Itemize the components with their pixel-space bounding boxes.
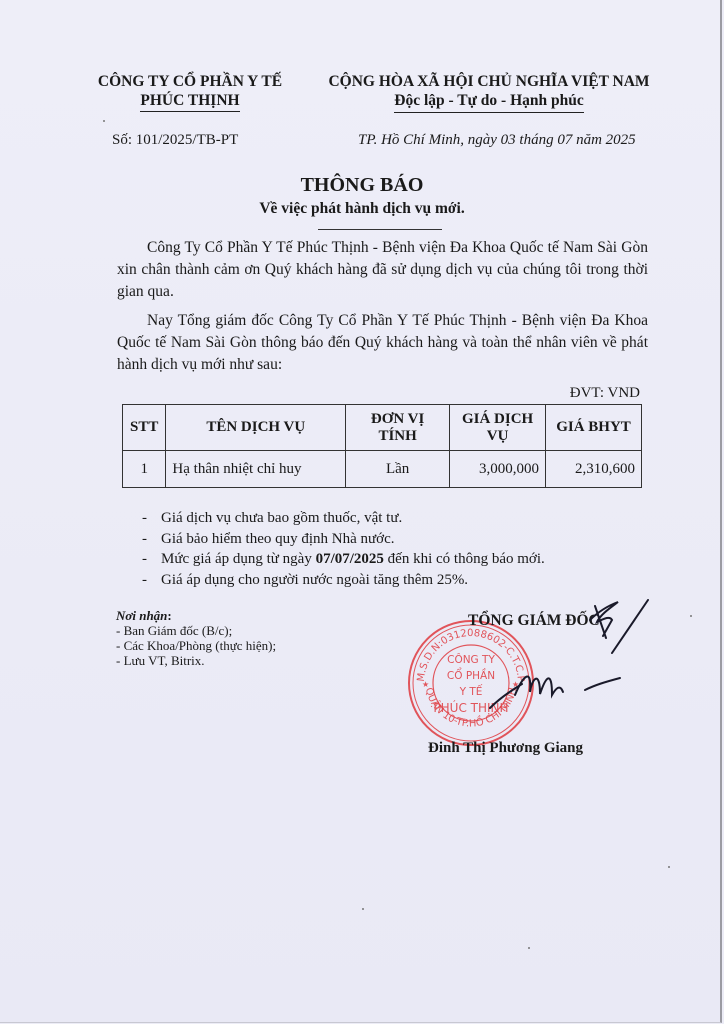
paragraph-1-text: Công Ty Cổ Phần Y Tế Phúc Thịnh - Bệnh v… xyxy=(117,239,648,300)
signer-name: Đinh Thị Phương Giang xyxy=(428,740,583,757)
national-header: CỘNG HÒA XÃ HỘI CHỦ NGHĨA VIỆT NAM Độc l… xyxy=(328,72,650,113)
cell-bhyt-price: 2,310,600 xyxy=(546,451,642,488)
recipient-item: - Các Khoa/Phòng (thực hiện); xyxy=(116,638,276,653)
scan-speck xyxy=(103,120,105,122)
paragraph-1: Công Ty Cổ Phần Y Tế Phúc Thịnh - Bệnh v… xyxy=(117,237,648,303)
note-text: đến khi có thông báo mới. xyxy=(384,551,545,567)
paragraph-2-text: Nay Tổng giám đốc Công Ty Cổ Phần Y Tế P… xyxy=(117,312,648,373)
recipient-item: - Ban Giám đốc (B/c); xyxy=(116,623,276,638)
recipient-item: - Lưu VT, Bitrix. xyxy=(116,653,276,668)
scan-speck xyxy=(528,947,530,949)
document-number: Số: 101/2025/TB-PT xyxy=(112,132,238,149)
svg-text:★: ★ xyxy=(422,680,429,689)
col-header-unit: ĐƠN VỊ TÍNH xyxy=(346,405,450,451)
place-date: TP. Hồ Chí Minh, ngày 03 tháng 07 năm 20… xyxy=(358,132,636,149)
paragraph-2: Nay Tổng giám đốc Công Ty Cổ Phần Y Tế P… xyxy=(117,310,648,376)
effective-date: 07/07/2025 xyxy=(316,551,384,567)
document-page: CÔNG TY CỔ PHẦN Y TẾ PHÚC THỊNH CỘNG HÒA… xyxy=(0,0,722,1023)
title-divider xyxy=(318,229,442,230)
note-item: -Giá bảo hiểm theo quy định Nhà nước. xyxy=(148,529,545,550)
col-header-bhyt-price: GIÁ BHYT xyxy=(546,405,642,451)
document-title: THÔNG BÁO xyxy=(0,174,724,197)
company-header: CÔNG TY CỔ PHẦN Y TẾ PHÚC THỊNH xyxy=(78,72,302,112)
signature-icon xyxy=(460,580,660,720)
cell-stt: 1 xyxy=(123,451,166,488)
col-header-service-price: GIÁ DỊCH VỤ xyxy=(450,405,546,451)
currency-unit-note: ĐVT: VND xyxy=(560,385,640,402)
scan-speck xyxy=(690,615,692,617)
company-name-line2: PHÚC THỊNH xyxy=(140,91,239,112)
recipients-block: Nơi nhận: - Ban Giám đốc (B/c); - Các Kh… xyxy=(116,608,276,668)
col-header-service-name: TÊN DỊCH VỤ xyxy=(166,405,346,451)
scan-speck xyxy=(362,908,364,910)
service-price-table: STT TÊN DỊCH VỤ ĐƠN VỊ TÍNH GIÁ DỊCH VỤ … xyxy=(122,404,642,488)
note-item: -Giá dịch vụ chưa bao gồm thuốc, vật tư. xyxy=(148,508,545,529)
note-item: -Mức giá áp dụng từ ngày 07/07/2025 đến … xyxy=(148,549,545,570)
cell-unit: Lần xyxy=(346,451,450,488)
note-text: Mức giá áp dụng từ ngày xyxy=(161,551,316,567)
notes-list: -Giá dịch vụ chưa bao gồm thuốc, vật tư.… xyxy=(148,508,545,590)
col-header-stt: STT xyxy=(123,405,166,451)
nation-title: CỘNG HÒA XÃ HỘI CHỦ NGHĨA VIỆT NAM xyxy=(328,72,650,91)
nation-motto: Độc lập - Tự do - Hạnh phúc xyxy=(394,91,583,113)
note-text: Giá dịch vụ chưa bao gồm thuốc, vật tư. xyxy=(161,510,402,526)
table-row: 1 Hạ thân nhiệt chỉ huy Lần 3,000,000 2,… xyxy=(123,451,642,488)
cell-service-price: 3,000,000 xyxy=(450,451,546,488)
table-header-row: STT TÊN DỊCH VỤ ĐƠN VỊ TÍNH GIÁ DỊCH VỤ … xyxy=(123,405,642,451)
scan-speck xyxy=(668,866,670,868)
document-subtitle: Về việc phát hành dịch vụ mới. xyxy=(0,200,724,218)
company-name-line1: CÔNG TY CỔ PHẦN Y TẾ xyxy=(78,72,302,91)
recipients-label: Nơi nhận xyxy=(116,608,167,623)
note-text: Giá áp dụng cho người nước ngoài tăng th… xyxy=(161,572,468,588)
note-text: Giá bảo hiểm theo quy định Nhà nước. xyxy=(161,531,395,547)
cell-service-name: Hạ thân nhiệt chỉ huy xyxy=(166,451,346,488)
